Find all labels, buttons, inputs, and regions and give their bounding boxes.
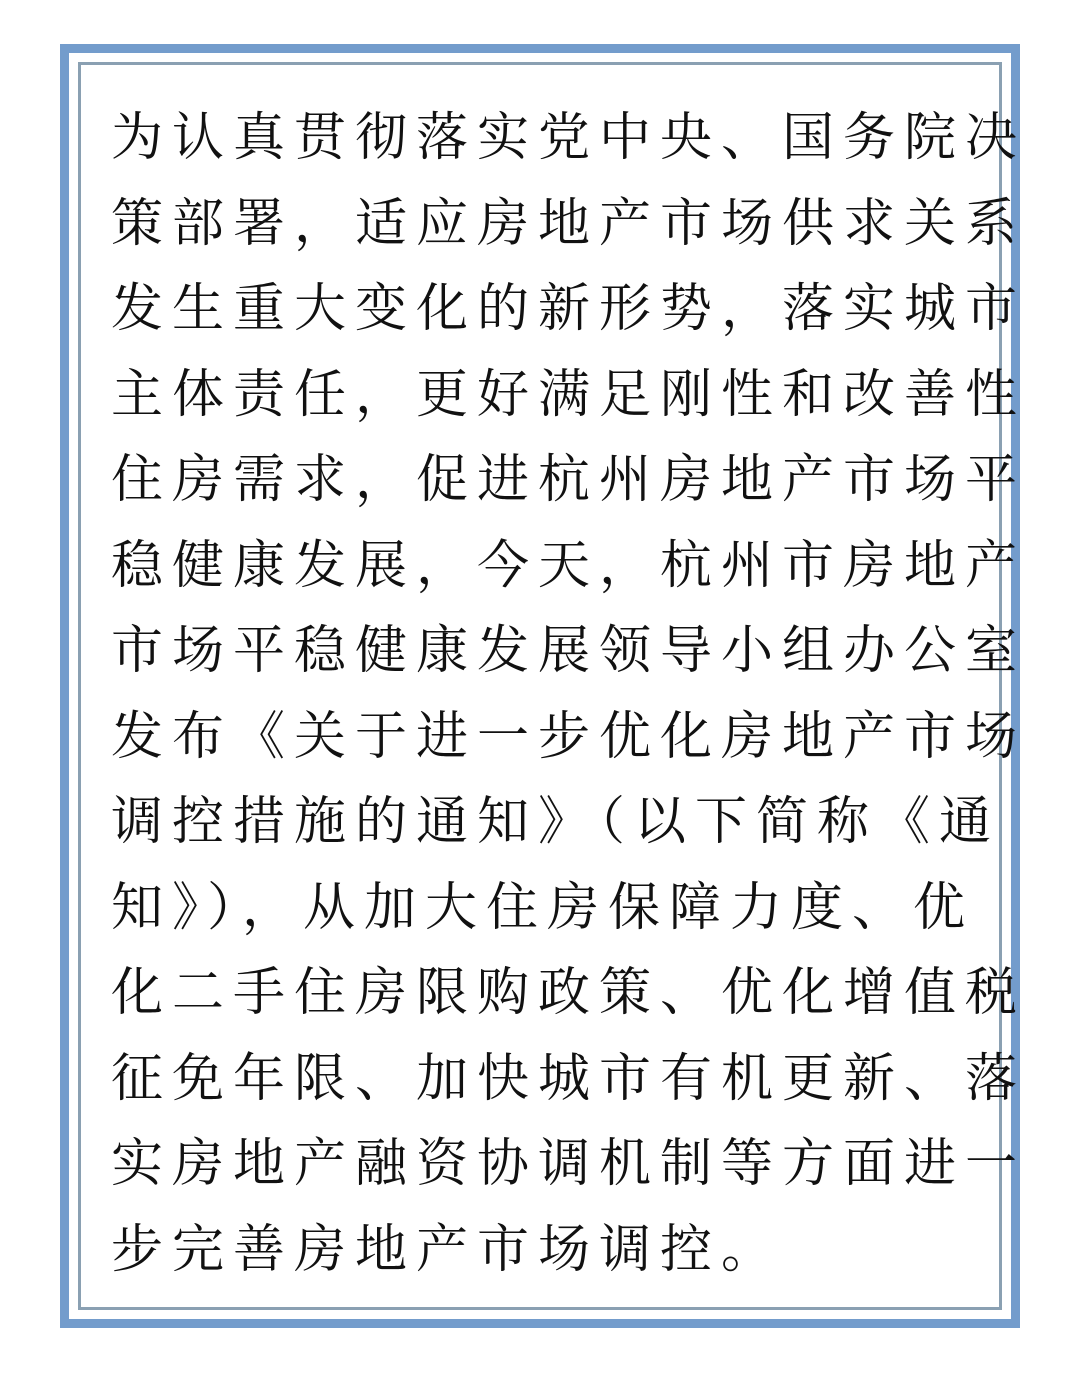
paragraph-line: 稳健康发展，今天，杭州市房地产 (111, 524, 971, 610)
paragraph-line: 实房地产融资协调机制等方面进一 (111, 1122, 971, 1208)
paragraph-line: 调控措施的通知》（以下简称《通 (111, 780, 971, 866)
paragraph-line: 知》），从加大住房保障力度、优 (111, 866, 971, 952)
paragraph-line: 主体责任，更好满足刚性和改善性 (111, 353, 971, 439)
paragraph-line: 住房需求，促进杭州房地产市场平 (111, 438, 971, 524)
announcement-paragraph: 为认真贯彻落实党中央、国务院决 策部署，适应房地产市场供求关系 发生重大变化的新… (111, 96, 971, 1293)
paragraph-line: 市场平稳健康发展领导小组办公室 (111, 609, 971, 695)
paragraph-line: 征免年限、加快城市有机更新、落 (111, 1037, 971, 1123)
paragraph-line: 步完善房地产市场调控。 (111, 1208, 971, 1294)
paragraph-line: 发布《关于进一步优化房地产市场 (111, 695, 971, 781)
paragraph-line: 化二手住房限购政策、优化增值税 (111, 951, 971, 1037)
paragraph-line: 为认真贯彻落实党中央、国务院决 (111, 96, 971, 182)
paragraph-line: 策部署，适应房地产市场供求关系 (111, 182, 971, 268)
paragraph-line: 发生重大变化的新形势，落实城市 (111, 267, 971, 353)
